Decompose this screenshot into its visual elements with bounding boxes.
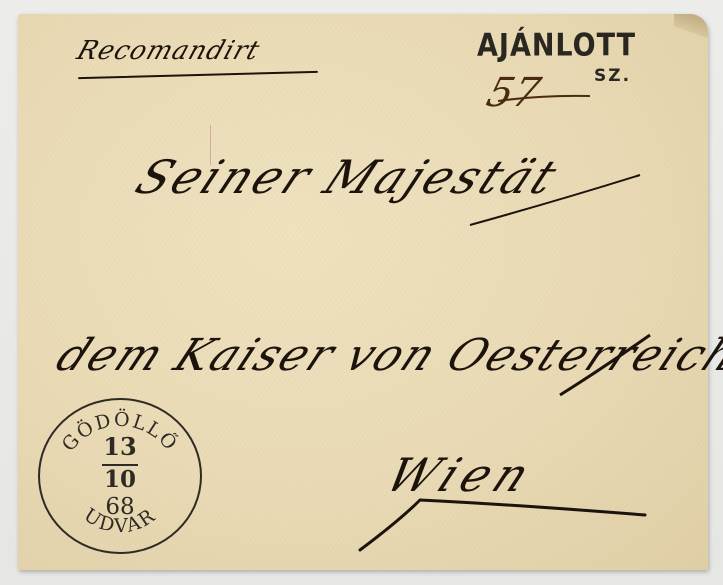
godollo-udvar-postmark: GÖDÖLLŐ UDVAR 13 10 68 xyxy=(38,398,202,554)
postmark-year: 68 xyxy=(40,494,200,520)
postmark-day: 13 xyxy=(40,432,200,461)
postmark-month: 10 xyxy=(40,466,200,493)
